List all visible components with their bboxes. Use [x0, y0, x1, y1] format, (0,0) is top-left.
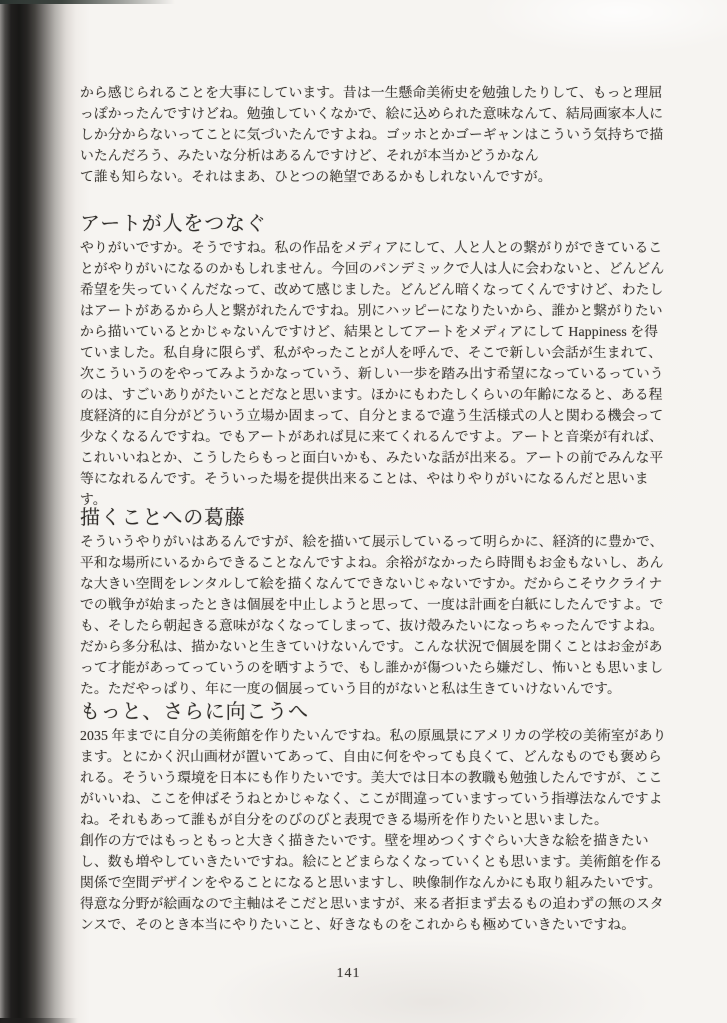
text-line: はアートがあるから人と繋がれたんですね。別にハッピーになりたいから、誰かと繋がり… — [80, 300, 666, 321]
section-further-beyond: もっと、さらに向こうへ2035 年までに自分の美術館を作りたいんですね。私の原風… — [80, 699, 666, 935]
text-line: だから多分私は、描かないと生きていけないんです。こんな状況で個展を開くことはお金… — [80, 636, 666, 657]
text-line: し、数も増やしていきたいですね。絵にとどまらなくなっていくとも思います。美術館を… — [80, 851, 666, 872]
text-line: これいいねとか、こうしたらもっと面白いかも、みたいな話が出来る。アートの前でみん… — [80, 447, 666, 468]
text-line: 創作の方ではもっともっと大きく描きたいです。壁を埋めつくすぐらい大きな絵を描きた… — [80, 830, 666, 851]
text-line: がいいね、ここを伸ばそうねとかじゃなく、ここが間違っていますっていう指導法なんで… — [80, 788, 666, 809]
text-line: た。ただやっぱり、年に一度の個展っていう目的がないと私は生きていけないんです。 — [80, 678, 666, 699]
section-struggle-of-painting: 描くことへの葛藤そういうやりがいはあるんですが、絵を描いて展示しているって明らか… — [80, 505, 666, 699]
section-heading: アートが人をつなぐ — [80, 211, 666, 237]
text-line: から描いているとかじゃないんですけど、結果としてアートをメディアにして Happ… — [80, 321, 666, 342]
section-art-connects-people: アートが人をつなぐやりがいですか。そうですね。私の作品をメディアにして、人と人と… — [80, 211, 666, 510]
text-line: 平和な場所にいるからできることなんですよね。余裕がなかったら時間もお金もないし、… — [80, 552, 666, 573]
text-line: 得意な分野が絵画なので主軸はそこだと思いますが、来る者拒まず去るもの追わずの無の… — [80, 893, 666, 914]
text-line: っぽかったんですけどね。勉強していくなかで、絵に込められた意味なんて、結局画家本… — [80, 103, 666, 124]
section-heading: 描くことへの葛藤 — [80, 505, 666, 531]
paragraph: やりがいですか。そうですね。私の作品をメディアにして、人と人との繋がりができてい… — [80, 237, 666, 510]
paragraph: から感じられることを大事にしています。昔は一生懸命美術史を勉強したりして、もっと… — [80, 82, 666, 187]
text-line: ていました。私自身に限らず、私がやったことが人を呼んで、そこで新しい会話が生まれ… — [80, 342, 666, 363]
text-line: 等になれるんです。そういった場を提供出来ることは、やはりやりがいになるんだと思い… — [80, 468, 666, 489]
text-line: とがやりがいになるのかもしれません。今回のパンデミックで人は人に会わないと、どん… — [80, 258, 666, 279]
text-line: 希望を失っていくんだなって、改めて感じました。どんどん暗くなってくんですけど、わ… — [80, 279, 666, 300]
text-line: ンスで、そのとき本当にやりたいこと、好きなものをこれからも極めていきたいですね。 — [80, 914, 666, 935]
text-line: て誰も知らない。それはまあ、ひとつの絶望であるかもしれないんですが。 — [80, 166, 666, 187]
page-bottom-edge — [0, 1018, 78, 1023]
text-line: 度経済的に自分がどういう立場か固まって、自分とまるで違う生活様式の人と関わる機会… — [80, 405, 666, 426]
text-line: から感じられることを大事にしています。昔は一生懸命美術史を勉強したりして、もっと… — [80, 82, 666, 103]
text-line: って才能があってっていうのを晒すようで、もし誰かが傷ついたら嫌だし、怖いとも思い… — [80, 657, 666, 678]
page-top-edge — [0, 0, 175, 4]
text-line: ね。それもあって誰もが自分をのびのびと表現できる場所を作りたいと思いました。 — [80, 809, 666, 830]
page-number: 141 — [0, 966, 697, 982]
text-line: 2035 年までに自分の美術館を作りたいんですね。私の原風景にアメリカの学校の美… — [80, 725, 666, 746]
text-line: での戦争が始まったときは個展を中止しようと思って、一度は計画を白紙にしたんですよ… — [80, 594, 666, 615]
text-line: ます。とにかく沢山画材が置いてあって、自由に何をやっても良くて、どんなものでも褒… — [80, 746, 666, 767]
book-page: から感じられることを大事にしています。昔は一生懸命美術史を勉強したりして、もっと… — [0, 0, 727, 1023]
section-heading: もっと、さらに向こうへ — [80, 699, 666, 725]
text-line: な大きい空間をレンタルして絵を描くなんてできないじゃないですか。だからこそウクラ… — [80, 573, 666, 594]
text-line: 少なくなるんですね。でもアートがあれば見に来てくれるんですよ。アートと音楽が有れ… — [80, 426, 666, 447]
text-line: 次こういうのをやってみようかなっていう、新しい一歩を踏み出す希望になっているって… — [80, 363, 666, 384]
text-line: のは、すごいありがたいことだなと思います。ほかにもわたしくらいの年齢になると、あ… — [80, 384, 666, 405]
paragraph: 創作の方ではもっともっと大きく描きたいです。壁を埋めつくすぐらい大きな絵を描きた… — [80, 830, 666, 935]
text-line: いたんだろう、みたいな分析はあるんですけど、それが本当かどうかなん — [80, 145, 666, 166]
text-line: も、そしたら朝起きる意味がなくなってしまって、抜け殻みたいになっちゃったんですよ… — [80, 615, 666, 636]
section-intro-continuation: から感じられることを大事にしています。昔は一生懸命美術史を勉強したりして、もっと… — [80, 82, 666, 187]
book-gutter-shadow — [0, 0, 90, 1023]
text-line: しか分からないってことに気づいたんですよね。ゴッホとかゴーギャンはこういう気持ち… — [80, 124, 666, 145]
text-line: やりがいですか。そうですね。私の作品をメディアにして、人と人との繋がりができてい… — [80, 237, 666, 258]
text-line: れる。そういう環境を日本にも作りたいです。美大では日本の教職も勉強したんですが、… — [80, 767, 666, 788]
text-line: そういうやりがいはあるんですが、絵を描いて展示しているって明らかに、経済的に豊か… — [80, 531, 666, 552]
paragraph: そういうやりがいはあるんですが、絵を描いて展示しているって明らかに、経済的に豊か… — [80, 531, 666, 699]
text-line: 関係で空間デザインをやることになると思いますし、映像制作なんかにも取り組みたいで… — [80, 872, 666, 893]
paragraph: 2035 年までに自分の美術館を作りたいんですね。私の原風景にアメリカの学校の美… — [80, 725, 666, 830]
